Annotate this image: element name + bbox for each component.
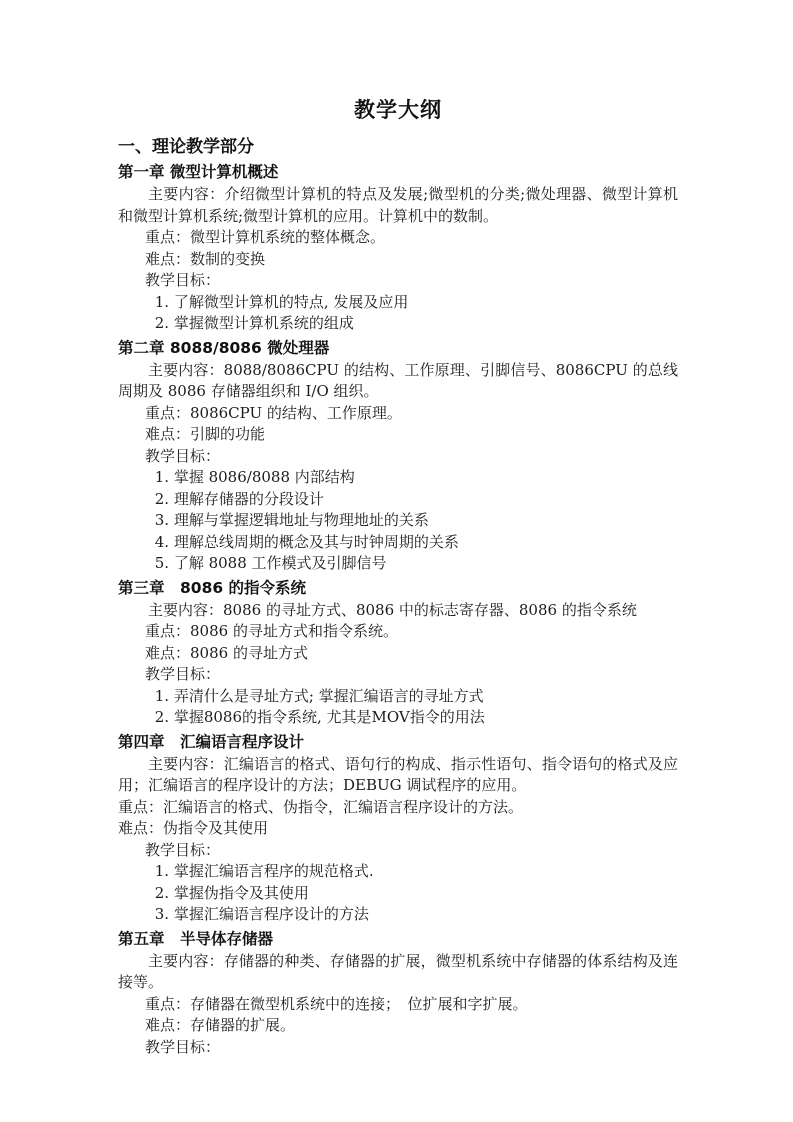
chapter-4-main-content: 主要内容：汇编语言的格式、语句行的构成、指示性语句、指令语句的格式及应用；汇编语… xyxy=(118,754,678,797)
chapter-5-main-content: 主要内容：存储器的种类、存储器的扩展，微型机系统中存储器的体系结构及连接等。 xyxy=(118,951,678,994)
document-page: 教学大纲 一、理论教学部分 第一章 微型计算机概述 主要内容：介绍微型计算机的特… xyxy=(0,0,793,1122)
chapter-1-objective-item: 2. 掌握微型计算机系统的组成 xyxy=(118,313,678,335)
chapter-5-key-point: 重点：存储器在微型机系统中的连接； 位扩展和字扩展。 xyxy=(118,994,678,1016)
chapter-3: 第三章 8086 的指令系统 主要内容：8086 的寻址方式、8086 中的标志… xyxy=(118,577,678,729)
chapter-4-key-point: 重点：汇编语言的格式、伪指令，汇编语言程序设计的方法。 xyxy=(118,797,678,819)
chapter-3-objectives-label: 教学目标： xyxy=(118,664,678,686)
chapter-2-objective-item: 1. 掌握 8086/8088 内部结构 xyxy=(118,467,678,489)
chapter-4-objective-item: 3. 掌握汇编语言程序设计的方法 xyxy=(118,904,678,926)
chapter-3-objective-item: 2. 掌握8086的指令系统, 尤其是MOV指令的用法 xyxy=(118,707,678,729)
chapter-4-heading: 第四章 汇编语言程序设计 xyxy=(118,731,678,753)
chapter-2: 第二章 8088/8086 微处理器 主要内容：8088/8086CPU 的结构… xyxy=(118,337,678,575)
chapter-1-objective-item: 1. 了解微型计算机的特点, 发展及应用 xyxy=(118,292,678,314)
chapter-1-key-point: 重点：微型计算机系统的整体概念。 xyxy=(118,227,678,249)
chapter-2-heading: 第二章 8088/8086 微处理器 xyxy=(118,337,678,359)
chapter-2-objectives-label: 教学目标： xyxy=(118,446,678,468)
document-title: 教学大纲 xyxy=(118,97,678,124)
chapter-2-main-content: 主要内容：8088/8086CPU 的结构、工作原理、引脚信号、8086CPU … xyxy=(118,360,678,403)
chapter-4-objective-item: 2. 掌握伪指令及其使用 xyxy=(118,883,678,905)
chapter-3-main-content: 主要内容：8086 的寻址方式、8086 中的标志寄存器、8086 的指令系统 xyxy=(118,600,678,622)
chapter-2-difficult-point: 难点：引脚的功能 xyxy=(118,424,678,446)
chapter-1-difficult-point: 难点：数制的变换 xyxy=(118,249,678,271)
chapter-5: 第五章 半导体存储器 主要内容：存储器的种类、存储器的扩展，微型机系统中存储器的… xyxy=(118,928,678,1059)
document-content: 教学大纲 一、理论教学部分 第一章 微型计算机概述 主要内容：介绍微型计算机的特… xyxy=(118,97,678,1058)
chapter-5-heading: 第五章 半导体存储器 xyxy=(118,928,678,950)
chapter-4-objective-item: 1. 掌握汇编语言程序的规范格式. xyxy=(118,861,678,883)
chapter-3-key-point: 重点：8086 的寻址方式和指令系统。 xyxy=(118,621,678,643)
chapter-1-objectives-label: 教学目标： xyxy=(118,270,678,292)
chapter-2-objective-item: 3. 理解与掌握逻辑地址与物理地址的关系 xyxy=(118,510,678,532)
chapter-2-objective-item: 4. 理解总线周期的概念及其与时钟周期的关系 xyxy=(118,532,678,554)
chapter-1: 第一章 微型计算机概述 主要内容：介绍微型计算机的特点及发展;微型机的分类;微处… xyxy=(118,161,678,335)
chapter-3-objective-item: 1. 弄清什么是寻址方式; 掌握汇编语言的寻址方式 xyxy=(118,686,678,708)
chapter-2-objective-item: 5. 了解 8088 工作模式及引脚信号 xyxy=(118,553,678,575)
chapter-5-difficult-point: 难点：存储器的扩展。 xyxy=(118,1015,678,1037)
chapter-1-main-content: 主要内容：介绍微型计算机的特点及发展;微型机的分类;微处理器、微型计算机和微型计… xyxy=(118,184,678,227)
chapter-5-objectives-label: 教学目标： xyxy=(118,1037,678,1059)
chapter-4-difficult-point: 难点：伪指令及其使用 xyxy=(118,818,678,840)
section-heading-theory: 一、理论教学部分 xyxy=(118,136,678,159)
chapter-4: 第四章 汇编语言程序设计 主要内容：汇编语言的格式、语句行的构成、指示性语句、指… xyxy=(118,731,678,926)
chapter-2-objective-item: 2. 理解存储器的分段设计 xyxy=(118,489,678,511)
chapter-3-heading: 第三章 8086 的指令系统 xyxy=(118,577,678,599)
chapter-1-heading: 第一章 微型计算机概述 xyxy=(118,161,678,183)
chapter-3-difficult-point: 难点：8086 的寻址方式 xyxy=(118,643,678,665)
chapter-4-objectives-label: 教学目标： xyxy=(118,840,678,862)
chapter-2-key-point: 重点：8086CPU 的结构、工作原理。 xyxy=(118,403,678,425)
